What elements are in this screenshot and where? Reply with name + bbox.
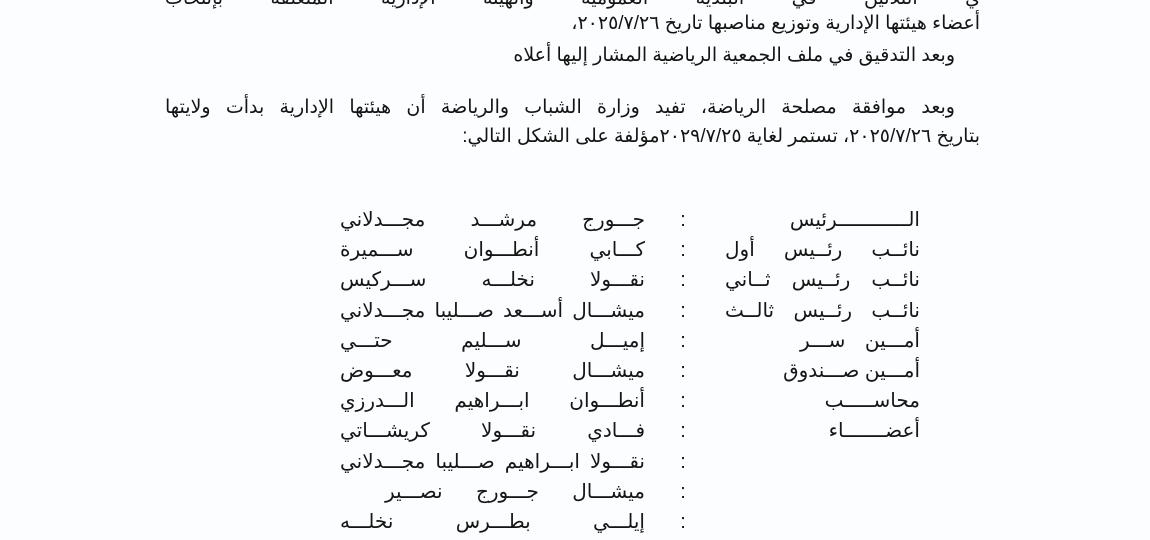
separator-colon: :: [678, 477, 688, 507]
member-name: كـــابي أنطـــوان ســـميرة: [340, 235, 645, 265]
separator-colon: :: [678, 296, 688, 326]
separator-colon: :: [678, 416, 688, 446]
paragraph-line: بتاريخ ٢٠٢٥/٧/٢٦، تستمر لغاية ٢٠٢٩/٧/٢٥م…: [462, 125, 980, 149]
roster-row: الــــــــــــرئيس : جـــورج مرشـــد مجـ…: [330, 205, 930, 235]
role-label: الــــــــــــرئيس: [725, 205, 920, 235]
member-name: ميشـــال أســـعد صـــليبا مجـــدلاني: [340, 296, 645, 326]
separator-colon: :: [678, 386, 688, 416]
paragraph-line: وبعد التدقيق في ملف الجمعية الرياضية الم…: [513, 44, 955, 68]
separator-colon: :: [678, 356, 688, 386]
roster-row: نائــب رئــيس ثــاني : نقـــولا نخلـــه …: [330, 265, 930, 295]
roster-row-partial: : إيلـــي بطـــرس نخلـــه: [330, 507, 930, 537]
paragraph-line: أعضاء هيئتها الإدارية وتوزيع مناصبها تار…: [571, 12, 980, 36]
separator-colon: :: [678, 507, 688, 537]
member-name: إميـــل ســـليم حتـــي: [340, 326, 645, 356]
role-label: محاســـــب: [802, 386, 920, 416]
role-label: نائــب رئــيس ثــاني: [725, 265, 920, 295]
member-name: ميشـــال جـــورج نصـــير: [385, 477, 645, 507]
roster-row: محاســـــب : أنطـــوان ابـــراهيم الـــد…: [330, 386, 930, 416]
roster-row: أمـــين ســـر : إميـــل ســـليم حتـــي: [330, 326, 930, 356]
roster-row: نائــب رئــيس أول : كـــابي أنطـــوان سـ…: [330, 235, 930, 265]
separator-colon: :: [678, 265, 688, 295]
paragraph-line-partial: ي الثلاثين في البلدية العمومية والهيئة ا…: [165, 0, 980, 11]
member-name: أنطـــوان ابـــراهيم الـــدرزي: [340, 386, 645, 416]
roster-row: : ميشـــال جـــورج نصـــير: [330, 477, 930, 507]
role-label: أمـــين ســـر: [800, 326, 920, 356]
separator-colon: :: [678, 205, 688, 235]
roster-row: أعضـــــــاء : فـــادي نقـــولا كريشـــا…: [330, 416, 930, 446]
roster-row: نائــب رئــيس ثالــث : ميشـــال أســـعد …: [330, 296, 930, 326]
role-label: نائــب رئــيس ثالــث: [725, 296, 920, 326]
role-label: نائــب رئــيس أول: [725, 235, 920, 265]
member-name: إيلـــي بطـــرس نخلـــه: [340, 507, 645, 537]
roster-row: : نقـــولا ابـــراهيم صـــليبا مجـــدلان…: [330, 447, 930, 477]
member-name: فـــادي نقـــولا كريشـــاتي: [340, 416, 645, 446]
member-name: نقـــولا ابـــراهيم صـــليبا مجـــدلاني: [340, 447, 645, 477]
board-roster: الــــــــــــرئيس : جـــورج مرشـــد مجـ…: [330, 205, 930, 537]
roster-row: أمـــين صـــندوق : ميشـــال نقـــولا معـ…: [330, 356, 930, 386]
document-page: ي الثلاثين في البلدية العمومية والهيئة ا…: [0, 0, 1150, 540]
role-label: أمـــين صـــندوق: [800, 356, 920, 386]
paragraph-line: وبعد موافقة مصلحة الرياضة، تفيد وزارة ال…: [165, 96, 955, 120]
member-name: نقـــولا نخلـــه ســـركيس: [340, 265, 645, 295]
role-label: أعضـــــــاء: [802, 416, 920, 446]
member-name: جـــورج مرشـــد مجـــدلاني: [340, 205, 645, 235]
separator-colon: :: [678, 447, 688, 477]
separator-colon: :: [678, 326, 688, 356]
member-name: ميشـــال نقـــولا معـــوض: [340, 356, 645, 386]
separator-colon: :: [678, 235, 688, 265]
